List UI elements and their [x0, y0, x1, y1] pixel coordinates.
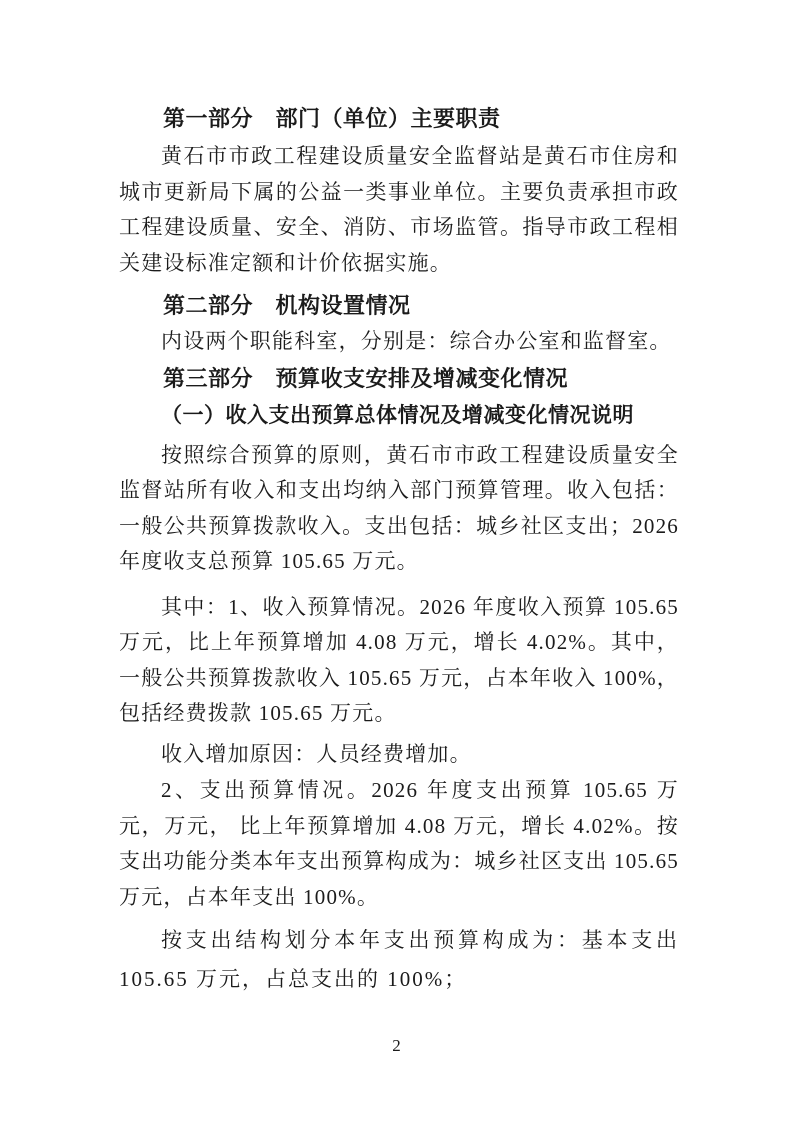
paragraph-budget-overview: 按照综合预算的原则，黄石市市政工程建设质量安全监督站所有收入和支出均纳入部门预算…	[119, 438, 679, 580]
document-page: 第一部分 部门（单位）主要职责 黄石市市政工程建设质量安全监督站是黄石市住房和城…	[0, 0, 793, 1122]
section-heading-part3: 第三部分 预算收支安排及增减变化情况	[119, 360, 679, 397]
paragraph-income-increase-reason: 收入增加原因：人员经费增加。	[119, 737, 679, 773]
paragraph-department-duties: 黄石市市政工程建设质量安全监督站是黄石市住房和城市更新局下属的公益一类事业单位。…	[119, 139, 679, 281]
document-content: 第一部分 部门（单位）主要职责 黄石市市政工程建设质量安全监督站是黄石市住房和城…	[119, 100, 679, 999]
section-heading-part2: 第二部分 机构设置情况	[119, 287, 679, 324]
paragraph-expenditure-structure: 按支出结构划分本年支出预算构成为：基本支出 105.65 万元，占总支出的 10…	[119, 921, 679, 999]
page-number: 2	[0, 1036, 793, 1056]
section-heading-part1: 第一部分 部门（单位）主要职责	[119, 100, 679, 137]
paragraph-expenditure-budget: 2、支出预算情况。2026 年度支出预算 105.65 万元，万元， 比上年预算…	[119, 773, 679, 915]
subsection-heading-budget-overview: （一）收入支出预算总体情况及增减变化情况说明	[119, 397, 679, 434]
paragraph-organization-setup: 内设两个职能科室，分别是：综合办公室和监督室。	[119, 324, 679, 360]
paragraph-income-budget: 其中：1、收入预算情况。2026 年度收入预算 105.65 万元，比上年预算增…	[119, 590, 679, 732]
